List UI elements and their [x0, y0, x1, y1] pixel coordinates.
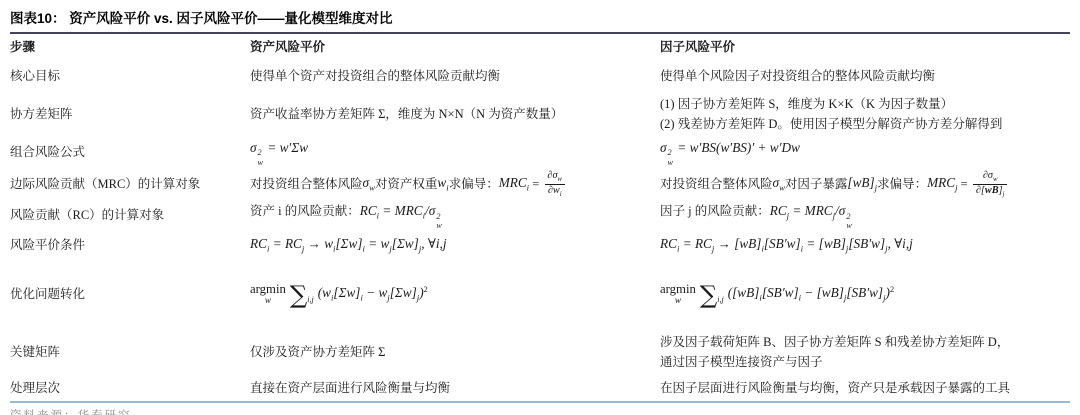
table-row: 关键矩阵 仅涉及资产协方差矩阵 Σ 涉及因子载荷矩阵 B、因子协方差矩阵 S 和… [10, 329, 1070, 377]
asset-cell: argminw∑i,j(wi[Σw]i − wj[Σw]j)2 [250, 283, 660, 306]
asset-cell: 资产 i 的风险贡献：RCi = MRCi/σ2w [250, 201, 660, 231]
table-row: 风险平价条件 RCi = RCj → wi[Σw]i = wj[Σw]j, ∀i… [10, 231, 1070, 261]
table-row: 优化问题转化 argminw∑i,j(wi[Σw]i − wj[Σw]j)2 a… [10, 261, 1070, 329]
row-label: 协方差矩阵 [10, 105, 250, 124]
row-label: 风险贡献（RC）的计算对象 [10, 206, 250, 225]
table-header-row: 步骤 资产风险平价 因子风险平价 [10, 34, 1070, 61]
row-label: 组合风险公式 [10, 143, 250, 162]
factor-cell: 在因子层面进行风险衡量与均衡，资产只是承载因子暴露的工具 [660, 379, 1070, 398]
factor-cell: σ2w = w′BS(w′BS)′ + w′Dw [660, 138, 1070, 168]
asset-cell: RCi = RCj → wi[Σw]i = wj[Σw]j, ∀i,j [250, 234, 660, 256]
row-label: 处理层次 [10, 379, 250, 398]
row-label: 边际风险贡献（MRC）的计算对象 [10, 175, 250, 194]
row-label: 优化问题转化 [10, 285, 250, 304]
row-label: 核心目标 [10, 67, 250, 86]
table-row: 核心目标 使得单个资产对投资组合的整体风险贡献均衡 使得单个风险因子对投资组合的… [10, 61, 1070, 92]
factor-cell: (1) 因子协方差矩阵 S，维度为 K×K（K 为因子数量）(2) 残差协方差矩… [660, 95, 1070, 134]
figure-title: 图表10： 资产风险平价 vs. 因子风险平价——量化模型维度对比 [10, 5, 1070, 34]
source-note: 资料来源：华泰研究 [10, 403, 1070, 415]
factor-cell: RCi = RCj → [wB]i[SB′w]i = [wB]j[SB′w]j,… [660, 234, 1070, 256]
table-row: 风险贡献（RC）的计算对象 资产 i 的风险贡献：RCi = MRCi/σ2w … [10, 201, 1070, 231]
col-header-factor-risk-parity: 因子风险平价 [660, 38, 1070, 57]
table-row: 边际风险贡献（MRC）的计算对象 对投资组合整体风险σw对资产权重wi求偏导：M… [10, 168, 1070, 201]
factor-cell: 对投资组合整体风险σw对因子暴露[wB]j求偏导：MRCj = ∂σw∂[wB]… [660, 170, 1070, 200]
factor-cell: 因子 j 的风险贡献：RCj = MRCj/σ2w [660, 201, 1070, 231]
factor-cell: 涉及因子载荷矩阵 B、因子协方差矩阵 S 和残差协方差矩阵 D，通过因子模型连接… [660, 333, 1070, 372]
asset-cell: 仅涉及资产协方差矩阵 Σ [250, 343, 660, 362]
table-row: 组合风险公式 σ2w = w′Σw σ2w = w′BS(w′BS)′ + w′… [10, 137, 1070, 168]
comparison-table: 步骤 资产风险平价 因子风险平价 核心目标 使得单个资产对投资组合的整体风险贡献… [10, 34, 1070, 403]
row-label: 关键矩阵 [10, 343, 250, 362]
asset-cell: σ2w = w′Σw [250, 138, 660, 168]
report-figure: 图表10： 资产风险平价 vs. 因子风险平价——量化模型维度对比 步骤 资产风… [0, 0, 1080, 415]
table-row: 协方差矩阵 资产收益率协方差矩阵 Σ，维度为 N×N（N 为资产数量） (1) … [10, 92, 1070, 137]
factor-cell: argminw∑i,j([wB]i[SB′w]i − [wB]j[SB′w]j)… [660, 283, 1070, 306]
table-row: 处理层次 直接在资产层面进行风险衡量与均衡 在因子层面进行风险衡量与均衡，资产只… [10, 377, 1070, 401]
asset-cell: 对投资组合整体风险σw对资产权重wi求偏导：MRCi = ∂σw∂wi [250, 170, 660, 200]
factor-cell: 使得单个风险因子对投资组合的整体风险贡献均衡 [660, 67, 1070, 86]
row-label: 风险平价条件 [10, 236, 250, 255]
asset-cell: 使得单个资产对投资组合的整体风险贡献均衡 [250, 67, 660, 86]
asset-cell: 资产收益率协方差矩阵 Σ，维度为 N×N（N 为资产数量） [250, 105, 660, 124]
col-header-asset-risk-parity: 资产风险平价 [250, 38, 660, 57]
col-header-step: 步骤 [10, 38, 250, 57]
asset-cell: 直接在资产层面进行风险衡量与均衡 [250, 379, 660, 398]
